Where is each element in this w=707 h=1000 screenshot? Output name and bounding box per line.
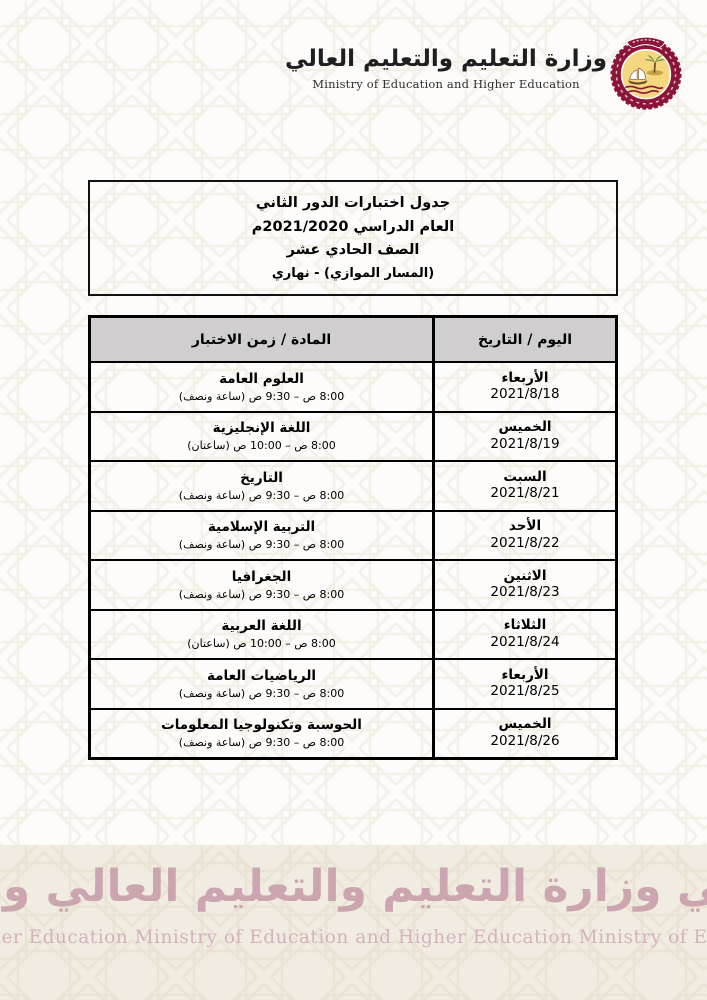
day-date-cell: الأربعاء 2021/8/18 — [432, 363, 615, 411]
exam-time: 8:00 ص – 9:30 ص (ساعة ونصف) — [179, 538, 344, 551]
subject-time-header-label: المادة / زمن الاختبار — [192, 332, 331, 348]
day-name: الثلاثاء — [504, 617, 547, 634]
exam-date: 2021/8/24 — [490, 634, 559, 652]
academic-year: العام الدراسي 2021/2020م — [100, 219, 606, 235]
document-page: وزارة التعليم والتعليم العالي Ministry o… — [0, 0, 707, 1000]
subject-name: التاريخ — [240, 470, 283, 487]
day-name: الأربعاء — [501, 667, 548, 684]
day-name: الخميس — [498, 716, 551, 733]
day-name: الأربعاء — [501, 370, 548, 387]
exam-date: 2021/8/19 — [490, 436, 559, 454]
ministry-name-english: Ministry of Education and Higher Educati… — [285, 77, 607, 91]
subject-name: الرياضيات العامة — [207, 668, 316, 685]
subject-name: اللغة العربية — [221, 618, 301, 635]
day-date-cell: الخميس 2021/8/26 — [432, 710, 615, 758]
exam-time: 8:00 ص – 9:30 ص (ساعة ونصف) — [179, 736, 344, 749]
exam-date: 2021/8/21 — [490, 485, 559, 503]
track-type: (المسار الموازي) - نهاري — [100, 266, 606, 281]
subject-time-cell: الحوسبة وتكنولوجيا المعلومات 8:00 ص – 9:… — [91, 710, 432, 758]
table-row: الثلاثاء 2021/8/24 اللغة العربية 8:00 ص … — [91, 609, 615, 659]
day-date-cell: الخميس 2021/8/19 — [432, 413, 615, 461]
table-row: الخميس 2021/8/19 اللغة الإنجليزية 8:00 ص… — [91, 411, 615, 461]
schedule-title: جدول اختبارات الدور الثاني — [100, 195, 606, 211]
exam-time: 8:00 ص – 9:30 ص (ساعة ونصف) — [179, 687, 344, 700]
subject-name: العلوم العامة — [219, 371, 304, 388]
subject-name: الحوسبة وتكنولوجيا المعلومات — [161, 717, 362, 734]
exam-date: 2021/8/18 — [490, 386, 559, 404]
exam-date: 2021/8/23 — [490, 584, 559, 602]
subject-time-cell: اللغة الإنجليزية 8:00 ص – 10:00 ص (ساعتا… — [91, 413, 432, 461]
day-date-cell: الاثنين 2021/8/23 — [432, 561, 615, 609]
exam-time: 8:00 ص – 10:00 ص (ساعتان) — [187, 637, 335, 650]
footer-watermark-band: وزارة التعليم والتعليم العالي وزارة التع… — [0, 845, 707, 1000]
subject-time-cell: التاريخ 8:00 ص – 9:30 ص (ساعة ونصف) — [91, 462, 432, 510]
exam-schedule-table: اليوم / التاريخ المادة / زمن الاختبار ال… — [88, 315, 618, 760]
table-row: السبت 2021/8/21 التاريخ 8:00 ص – 9:30 ص … — [91, 460, 615, 510]
ministry-name-arabic: وزارة التعليم والتعليم العالي — [285, 46, 607, 74]
subject-time-cell: التربية الإسلامية 8:00 ص – 9:30 ص (ساعة … — [91, 512, 432, 560]
exam-date: 2021/8/26 — [490, 733, 559, 751]
exam-time: 8:00 ص – 10:00 ص (ساعتان) — [187, 439, 335, 452]
exam-time: 8:00 ص – 9:30 ص (ساعة ونصف) — [179, 489, 344, 502]
table-row: الخميس 2021/8/26 الحوسبة وتكنولوجيا المع… — [91, 708, 615, 758]
table-row: الأربعاء 2021/8/25 الرياضيات العامة 8:00… — [91, 658, 615, 708]
day-name: الاثنين — [504, 568, 547, 585]
header-cell-day-date: اليوم / التاريخ — [432, 318, 615, 361]
subject-name: التربية الإسلامية — [208, 519, 315, 536]
ministry-brand: وزارة التعليم والتعليم العالي Ministry o… — [285, 46, 607, 91]
day-date-header-label: اليوم / التاريخ — [478, 332, 572, 348]
day-date-cell: الثلاثاء 2021/8/24 — [432, 611, 615, 659]
table-header-row: اليوم / التاريخ المادة / زمن الاختبار — [91, 318, 615, 361]
exam-date: 2021/8/25 — [490, 683, 559, 701]
table-row: الاثنين 2021/8/23 الجغرافيا 8:00 ص – 9:3… — [91, 559, 615, 609]
exam-time: 8:00 ص – 9:30 ص (ساعة ونصف) — [179, 588, 344, 601]
ministry-watermark-english: Ministry of Education and Higher Educati… — [0, 927, 707, 948]
exam-time: 8:00 ص – 9:30 ص (ساعة ونصف) — [179, 390, 344, 403]
subject-name: الجغرافيا — [232, 569, 292, 586]
day-date-cell: الأحد 2021/8/22 — [432, 512, 615, 560]
exam-schedule-title-box: جدول اختبارات الدور الثاني العام الدراسي… — [88, 180, 618, 296]
day-date-cell: الأربعاء 2021/8/25 — [432, 660, 615, 708]
qatar-emblem — [609, 34, 683, 110]
table-row: الأحد 2021/8/22 التربية الإسلامية 8:00 ص… — [91, 510, 615, 560]
day-name: السبت — [503, 469, 546, 486]
table-row: الأربعاء 2021/8/18 العلوم العامة 8:00 ص … — [91, 361, 615, 411]
day-date-cell: السبت 2021/8/21 — [432, 462, 615, 510]
subject-name: اللغة الإنجليزية — [213, 420, 311, 437]
header-cell-subject-time: المادة / زمن الاختبار — [91, 318, 432, 361]
subject-time-cell: الجغرافيا 8:00 ص – 9:30 ص (ساعة ونصف) — [91, 561, 432, 609]
subject-time-cell: العلوم العامة 8:00 ص – 9:30 ص (ساعة ونصف… — [91, 363, 432, 411]
grade-level: الصف الحادي عشر — [100, 242, 606, 258]
exam-date: 2021/8/22 — [490, 535, 559, 553]
subject-time-cell: اللغة العربية 8:00 ص – 10:00 ص (ساعتان) — [91, 611, 432, 659]
day-name: الأحد — [509, 518, 541, 535]
subject-time-cell: الرياضيات العامة 8:00 ص – 9:30 ص (ساعة و… — [91, 660, 432, 708]
ministry-watermark-arabic: وزارة التعليم والتعليم العالي وزارة التع… — [0, 851, 707, 923]
day-name: الخميس — [498, 419, 551, 436]
